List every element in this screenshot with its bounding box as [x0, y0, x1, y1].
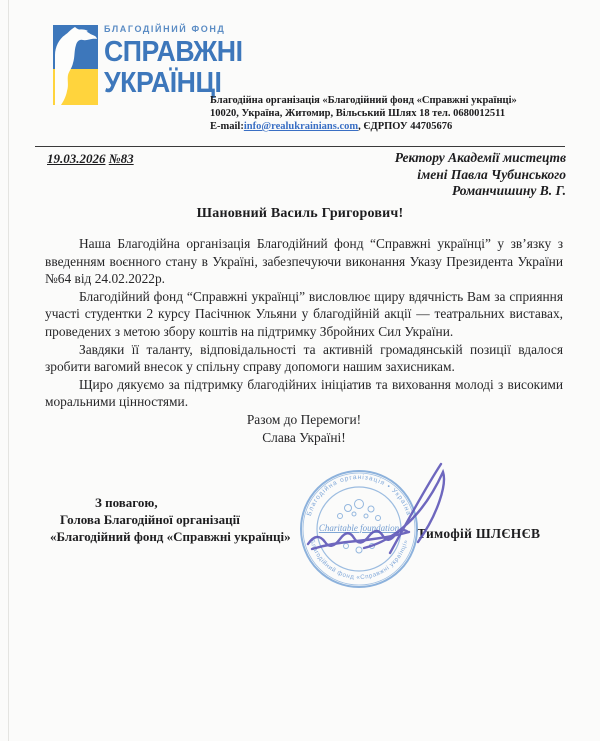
email-link[interactable]: info@realukrainians.com [244, 121, 358, 132]
handwritten-signature [298, 452, 473, 572]
closing-line: Слава Україні! [45, 429, 563, 447]
logo-tagline: БЛАГОДІЙНИЙ ФОНД [104, 24, 255, 34]
logo-name-line1: СПРАВЖНІ [104, 37, 243, 68]
doc-number: №83 [109, 151, 134, 166]
scan-edge-line [8, 0, 9, 741]
flag-face-icon [53, 25, 98, 105]
org-contact-line: E-mail:info@realukrainians.com, ЄДРПОУ 4… [210, 120, 582, 133]
email-label: E-mail: [210, 121, 244, 132]
closing-line: Разом до Перемоги! [45, 411, 563, 429]
header-divider [35, 146, 565, 147]
signature-line: «Благодійний фонд «Справжні українці» [50, 528, 291, 545]
org-name-line: Благодійна організація «Благодійний фонд… [210, 94, 582, 107]
recipient-line: Ректору Академії мистецтв [266, 150, 566, 167]
org-address-line: 10020, Україна, Житомир, Вільський Шлях … [210, 107, 582, 120]
recipient-block: Ректору Академії мистецтв імені Павла Чу… [266, 150, 566, 200]
body-paragraph: Завдяки її таланту, відповідальності та … [45, 341, 563, 376]
org-info-block: Благодійна організація «Благодійний фонд… [210, 94, 582, 133]
body-paragraph: Благодійний фонд “Справжні українці” вис… [45, 288, 563, 341]
edrpou-code: , ЄДРПОУ 44705676 [358, 121, 452, 132]
recipient-line: імені Павла Чубинського [266, 167, 566, 184]
body-paragraph: Щиро дякуємо за підтримку благодійних ін… [45, 376, 563, 411]
signature-line: З повагою, [50, 494, 291, 511]
signature-block: З повагою, Голова Благодійної організаці… [50, 494, 291, 545]
letter-body: Наша Благодійна організація Благодійний … [45, 235, 563, 446]
doc-date-number: 19.03.2026 №83 [47, 151, 134, 167]
doc-date: 19.03.2026 [47, 151, 106, 166]
signature-line: Голова Благодійної організації [50, 511, 291, 528]
body-paragraph: Наша Благодійна організація Благодійний … [45, 235, 563, 288]
salutation: Шановний Василь Григорович! [0, 206, 600, 222]
letter-page: БЛАГОДІЙНИЙ ФОНД СПРАВЖНІ УКРАЇНЦІ Благо… [0, 0, 600, 741]
recipient-line: Романчишину В. Г. [266, 183, 566, 200]
